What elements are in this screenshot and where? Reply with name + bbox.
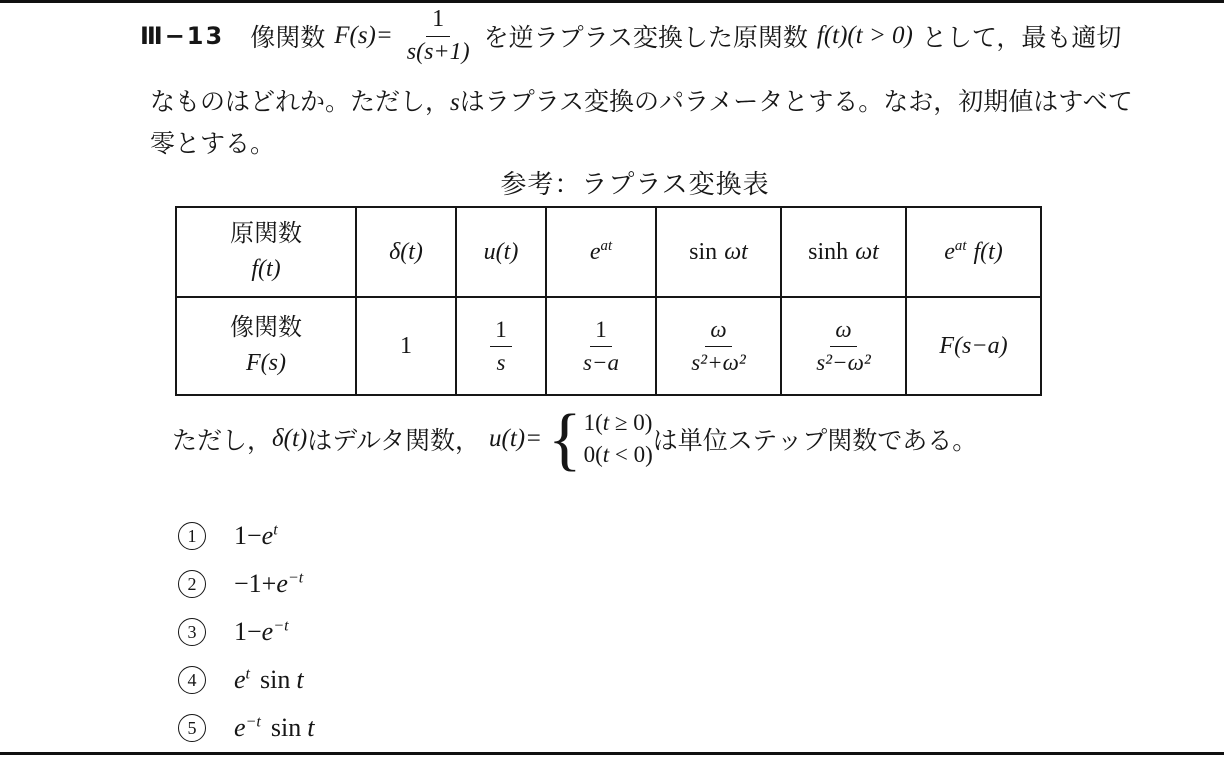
choice-row-5: 5 e−tsint xyxy=(178,713,314,743)
numerator: 1 xyxy=(490,316,512,347)
label-stack: 原関数 f(t) xyxy=(177,217,355,287)
exp-base: e xyxy=(234,713,246,742)
math-F-of-s: F(s)= xyxy=(334,22,393,50)
exp-base: e xyxy=(276,569,288,598)
value-one: 1 xyxy=(400,333,412,359)
choice-formula: e−tsint xyxy=(234,713,314,743)
sin-argument: t xyxy=(307,713,314,742)
sin-function-name: sin xyxy=(271,713,301,742)
sinh-function-name: sinh xyxy=(808,239,848,265)
shift-exp-exponent: at xyxy=(955,238,967,254)
cell-delta: δ(t) xyxy=(356,207,456,297)
line2-text-a: なものはどれか。ただし， xyxy=(150,89,450,116)
choice-number-badge: 3 xyxy=(178,618,206,646)
label-stack: 像関数 F(s) xyxy=(177,311,355,381)
choice-formula: −1+e−t xyxy=(234,569,303,599)
piecewise-cases: 1(t ≥ 0) 0(t < 0) xyxy=(584,407,653,471)
original-function-row: 原関数 f(t) δ(t) u(t) eat sinωt sinhωt eatf… xyxy=(176,207,1041,297)
numerator: 1 xyxy=(590,316,612,347)
sin-argument: ωt xyxy=(724,239,748,265)
exp-base: e xyxy=(590,239,601,265)
case1-pre: 1( xyxy=(584,410,603,435)
choice-formula: 1−et xyxy=(234,521,278,551)
fraction-numerator: 1 xyxy=(426,6,450,37)
note-text-a: ただし， xyxy=(172,421,272,457)
bottom-scan-edge xyxy=(0,752,1224,755)
denominator: s−a xyxy=(578,347,624,377)
F-of-s-label: F(s) xyxy=(246,346,286,381)
case-row-1: 1(t ≥ 0) xyxy=(584,407,653,439)
choice-number: 2 xyxy=(188,574,197,595)
question-title-line: Ⅲ−13 像関数 F(s)= 1 s(s+1) を逆ラプラス変換した原関数 f(… xyxy=(140,2,1121,70)
fraction-sine-transform: ω s²+ω² xyxy=(686,316,751,376)
shift-exp-base: e xyxy=(944,239,955,265)
cell-sinh-transform: ω s²−ω² xyxy=(781,297,906,395)
choice-number: 3 xyxy=(188,622,197,643)
cell-one: 1 xyxy=(356,297,456,395)
cell-hyperbolic-sine: sinhωt xyxy=(781,207,906,297)
row-label-image-function: 像関数 F(s) xyxy=(176,297,356,395)
case2-post: < 0) xyxy=(609,442,653,467)
sin-function-name: sin xyxy=(260,665,290,694)
question-text-seg1: 像関数 xyxy=(250,18,325,54)
cell-frequency-shift: eatf(t) xyxy=(906,207,1041,297)
cell-sine-transform: ω s²+ω² xyxy=(656,297,781,395)
choice-row-4: 4 etsint xyxy=(178,665,314,695)
math-f-of-t: f(t)(t > 0) xyxy=(817,22,913,50)
fraction-F: 1 s(s+1) xyxy=(401,6,476,66)
choice-row-3: 3 1−e−t xyxy=(178,617,314,647)
table-caption: 参考：ラプラス変換表 xyxy=(175,164,1095,201)
case-row-2: 0(t < 0) xyxy=(584,439,653,471)
cell-one-over-s-minus-a: 1 s−a xyxy=(546,297,656,395)
line2-text-b: はラプラス変換のパラメータとする。なお，初期値はすべて xyxy=(460,89,1133,116)
exp-base: e xyxy=(262,617,274,646)
problem-number: Ⅲ−13 xyxy=(140,22,224,50)
answer-choices: 1 1−et 2 −1+e−t 3 1−e−t 4 etsint 5 e−tsi… xyxy=(178,521,314,743)
denominator: s²+ω² xyxy=(686,347,751,377)
fraction-one-over-s-minus-a: 1 s−a xyxy=(578,316,624,376)
sin-argument: t xyxy=(296,665,303,694)
exp-base: e xyxy=(262,521,274,550)
left-brace: { xyxy=(548,408,582,471)
shift-f-of-t: f(t) xyxy=(973,239,1002,265)
choice-number: 5 xyxy=(188,718,197,739)
unit-step-definition: u(t)= xyxy=(489,425,542,453)
choice-row-1: 1 1−et xyxy=(178,521,314,551)
question-text-seg3: として，最も適切 xyxy=(922,18,1122,54)
denominator: s xyxy=(492,347,511,377)
image-function-label: 像関数 xyxy=(230,311,302,346)
choice-number-badge: 5 xyxy=(178,714,206,742)
formula-pre: 1− xyxy=(234,617,262,646)
cell-unit-step: u(t) xyxy=(456,207,546,297)
choice-number-badge: 4 xyxy=(178,666,206,694)
unit-step-function: u(t) xyxy=(484,239,519,265)
exp-exponent: −t xyxy=(288,569,303,586)
formula-pre: 1− xyxy=(234,521,262,550)
note-text-c: は単位ステップ関数である。 xyxy=(653,421,978,457)
question-text-seg2: を逆ラプラス変換した原関数 xyxy=(484,18,808,54)
exp-exponent: t xyxy=(246,665,250,682)
exp-exponent: t xyxy=(273,521,277,538)
exp-exponent: −t xyxy=(246,713,261,730)
sinh-argument: ωt xyxy=(855,239,879,265)
case2-pre: 0( xyxy=(584,442,603,467)
choice-row-2: 2 −1+e−t xyxy=(178,569,314,599)
sin-function-name: sin xyxy=(689,239,717,265)
fraction-denominator: s(s+1) xyxy=(401,37,476,67)
image-function-row: 像関数 F(s) 1 1 s 1 s−a ω s²+ω² xyxy=(176,297,1041,395)
original-function-label: 原関数 xyxy=(230,217,302,252)
cell-sine: sinωt xyxy=(656,207,781,297)
formula-pre: −1+ xyxy=(234,569,276,598)
cell-shift-transform: F(s−a) xyxy=(906,297,1041,395)
choice-number-badge: 2 xyxy=(178,570,206,598)
choice-number: 4 xyxy=(188,670,197,691)
question-text-line2: なものはどれか。ただし，sはラプラス変換のパラメータとする。なお，初期値はすべて xyxy=(150,82,1133,118)
numerator: ω xyxy=(830,316,856,347)
footnote-line: ただし， δ(t) はデルタ関数， u(t)= { 1(t ≥ 0) 0(t <… xyxy=(172,400,977,478)
laplace-transform-table: 原関数 f(t) δ(t) u(t) eat sinωt sinhωt eatf… xyxy=(175,206,1042,396)
choice-number-badge: 1 xyxy=(178,522,206,550)
case1-post: ≥ 0) xyxy=(609,410,652,435)
choice-number: 1 xyxy=(188,526,197,547)
fraction-sinh-transform: ω s²−ω² xyxy=(811,316,876,376)
exp-exponent: at xyxy=(601,238,613,254)
note-text-b: はデルタ関数， xyxy=(307,421,480,457)
row-label-original-function: 原関数 f(t) xyxy=(176,207,356,297)
exp-base: e xyxy=(234,665,246,694)
question-text-line3: 零とする。 xyxy=(150,124,275,160)
choice-formula: etsint xyxy=(234,665,304,695)
cell-exponential: eat xyxy=(546,207,656,297)
delta-function: δ(t) xyxy=(389,239,423,265)
math-s: s xyxy=(450,89,460,116)
denominator: s²−ω² xyxy=(811,347,876,377)
choice-formula: 1−e−t xyxy=(234,617,289,647)
exp-exponent: −t xyxy=(273,617,288,634)
cell-one-over-s: 1 s xyxy=(456,297,546,395)
F-of-s-minus-a: F(s−a) xyxy=(939,333,1007,359)
numerator: ω xyxy=(705,316,731,347)
delta-function-ref: δ(t) xyxy=(272,425,307,453)
f-of-t-label: f(t) xyxy=(251,252,280,287)
fraction-one-over-s: 1 s xyxy=(490,316,512,376)
